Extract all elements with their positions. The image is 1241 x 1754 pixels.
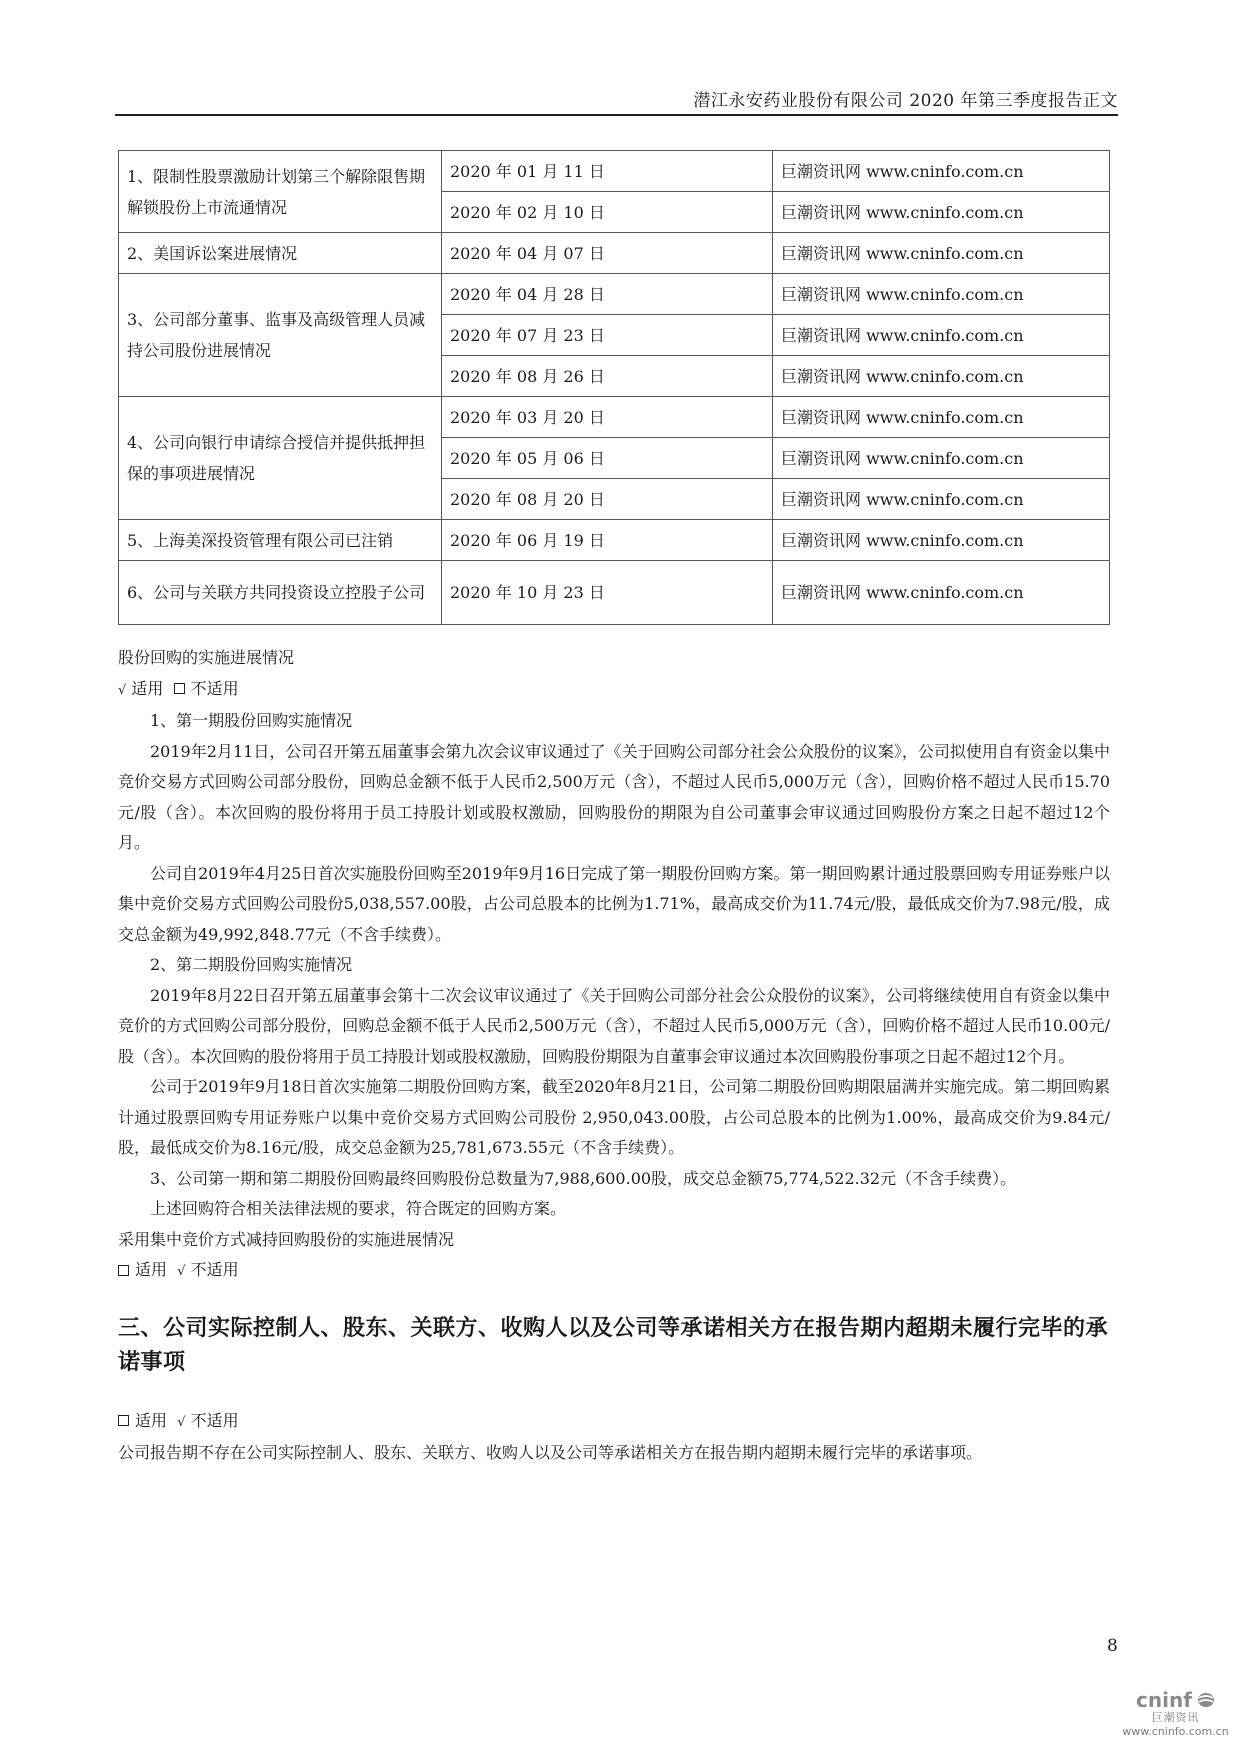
document-body: 股份回购的实施进展情况 √ 适用 不适用 1、第一期股份回购实施情况 2019年… bbox=[118, 643, 1110, 1469]
checkbox-empty-icon bbox=[174, 683, 185, 694]
table-row: 2、美国诉讼案进展情况 2020 年 04 月 07 日 巨潮资讯网 www.c… bbox=[119, 233, 1110, 274]
section3-statement: 公司报告期不存在公司实际控制人、股东、关联方、收购人以及公司等承诺相关方在报告期… bbox=[118, 1438, 1110, 1469]
checkmark-icon: √ bbox=[118, 683, 126, 698]
phase3-summary: 3、公司第一期和第二期股份回购最终回购股份总数量为7,988,600.00股，成… bbox=[118, 1164, 1110, 1195]
date-cell: 2020 年 07 月 23 日 bbox=[442, 315, 773, 356]
reduction-section-title: 采用集中竞价方式减持回购股份的实施进展情况 bbox=[118, 1225, 1110, 1256]
page-header: 潜江永安药业股份有限公司 2020 年第三季度报告正文 bbox=[115, 80, 1118, 116]
date-cell: 2020 年 05 月 06 日 bbox=[442, 438, 773, 479]
source-cell: 巨潮资讯网 www.cninfo.com.cn bbox=[773, 561, 1110, 625]
reduction-applicability: 适用 √ 不适用 bbox=[118, 1255, 1110, 1288]
checkmark-icon: √ bbox=[177, 1415, 185, 1430]
not-applicable-label: 不适用 bbox=[191, 1260, 239, 1279]
phase2-title: 2、第二期股份回购实施情况 bbox=[118, 950, 1110, 981]
not-applicable-label: 不适用 bbox=[191, 679, 239, 698]
source-cell: 巨潮资讯网 www.cninfo.com.cn bbox=[773, 233, 1110, 274]
logo-chinese-text: 巨潮资讯 bbox=[1118, 1711, 1233, 1725]
source-cell: 巨潮资讯网 www.cninfo.com.cn bbox=[773, 397, 1110, 438]
phase1-paragraph-1: 2019年2月11日，公司召开第五届董事会第九次会议审议通过了《关于回购公司部分… bbox=[118, 737, 1110, 859]
date-cell: 2020 年 04 月 07 日 bbox=[442, 233, 773, 274]
table-row: 3、公司部分董事、监事及高级管理人员减持公司股份进展情况 2020 年 04 月… bbox=[119, 274, 1110, 315]
date-cell: 2020 年 04 月 28 日 bbox=[442, 274, 773, 315]
phase2-paragraph-2: 公司于2019年9月18日首次实施第二期股份回购方案，截至2020年8月21日，… bbox=[118, 1072, 1110, 1164]
table-row: 1、限制性股票激励计划第三个解除限售期解锁股份上市流通情况 2020 年 01 … bbox=[119, 151, 1110, 192]
cninfo-logo: cninf 巨潮资讯 www.cninfo.com.cn bbox=[1118, 1690, 1233, 1739]
phase1-paragraph-2: 公司自2019年4月25日首次实施股份回购至2019年9月16日完成了第一期股份… bbox=[118, 859, 1110, 951]
logo-brand-row: cninf bbox=[1118, 1690, 1233, 1711]
applicable-label: 适用 bbox=[135, 1411, 167, 1430]
logo-brand-text: cninf bbox=[1136, 1688, 1192, 1712]
buyback-section-title: 股份回购的实施进展情况 bbox=[118, 643, 1110, 674]
source-cell: 巨潮资讯网 www.cninfo.com.cn bbox=[773, 479, 1110, 520]
logo-url-text: www.cninfo.com.cn bbox=[1118, 1725, 1233, 1739]
disclosure-table: 1、限制性股票激励计划第三个解除限售期解锁股份上市流通情况 2020 年 01 … bbox=[118, 150, 1110, 625]
not-applicable-label: 不适用 bbox=[191, 1411, 239, 1430]
item-cell: 6、公司与关联方共同投资设立控股子公司 bbox=[119, 561, 442, 625]
table-row: 5、上海美深投资管理有限公司已注销 2020 年 06 月 19 日 巨潮资讯网… bbox=[119, 520, 1110, 561]
table-row: 4、公司向银行申请综合授信并提供抵押担保的事项进展情况 2020 年 03 月 … bbox=[119, 397, 1110, 438]
item-cell: 2、美国诉讼案进展情况 bbox=[119, 233, 442, 274]
date-cell: 2020 年 03 月 20 日 bbox=[442, 397, 773, 438]
source-cell: 巨潮资讯网 www.cninfo.com.cn bbox=[773, 356, 1110, 397]
date-cell: 2020 年 08 月 26 日 bbox=[442, 356, 773, 397]
source-cell: 巨潮资讯网 www.cninfo.com.cn bbox=[773, 438, 1110, 479]
page-number: 8 bbox=[1107, 1636, 1118, 1656]
source-cell: 巨潮资讯网 www.cninfo.com.cn bbox=[773, 315, 1110, 356]
checkbox-empty-icon bbox=[118, 1415, 129, 1426]
item-cell: 3、公司部分董事、监事及高级管理人员减持公司股份进展情况 bbox=[119, 274, 442, 397]
cninfo-swirl-icon bbox=[1197, 1692, 1215, 1708]
section3-applicability: 适用 √ 不适用 bbox=[118, 1406, 1110, 1439]
buyback-applicability: √ 适用 不适用 bbox=[118, 674, 1110, 707]
source-cell: 巨潮资讯网 www.cninfo.com.cn bbox=[773, 151, 1110, 192]
report-title: 潜江永安药业股份有限公司 2020 年第三季度报告正文 bbox=[693, 86, 1118, 111]
section-heading: 三、公司实际控制人、股东、关联方、收购人以及公司等承诺相关方在报告期内超期未履行… bbox=[118, 1312, 1110, 1380]
date-cell: 2020 年 02 月 10 日 bbox=[442, 192, 773, 233]
item-cell: 1、限制性股票激励计划第三个解除限售期解锁股份上市流通情况 bbox=[119, 151, 442, 233]
item-cell: 4、公司向银行申请综合授信并提供抵押担保的事项进展情况 bbox=[119, 397, 442, 520]
phase2-paragraph-1: 2019年8月22日召开第五届董事会第十二次会议审议通过了《关于回购公司部分社会… bbox=[118, 981, 1110, 1073]
buyback-conclusion: 上述回购符合相关法律法规的要求，符合既定的回购方案。 bbox=[118, 1194, 1110, 1225]
checkbox-empty-icon bbox=[118, 1265, 129, 1276]
table-row: 6、公司与关联方共同投资设立控股子公司 2020 年 10 月 23 日 巨潮资… bbox=[119, 561, 1110, 625]
source-cell: 巨潮资讯网 www.cninfo.com.cn bbox=[773, 192, 1110, 233]
source-cell: 巨潮资讯网 www.cninfo.com.cn bbox=[773, 520, 1110, 561]
source-cell: 巨潮资讯网 www.cninfo.com.cn bbox=[773, 274, 1110, 315]
checkmark-icon: √ bbox=[177, 1264, 185, 1279]
phase1-title: 1、第一期股份回购实施情况 bbox=[118, 706, 1110, 737]
date-cell: 2020 年 01 月 11 日 bbox=[442, 151, 773, 192]
date-cell: 2020 年 06 月 19 日 bbox=[442, 520, 773, 561]
date-cell: 2020 年 10 月 23 日 bbox=[442, 561, 773, 625]
applicable-label: 适用 bbox=[131, 679, 163, 698]
applicable-label: 适用 bbox=[135, 1260, 167, 1279]
date-cell: 2020 年 08 月 20 日 bbox=[442, 479, 773, 520]
item-cell: 5、上海美深投资管理有限公司已注销 bbox=[119, 520, 442, 561]
